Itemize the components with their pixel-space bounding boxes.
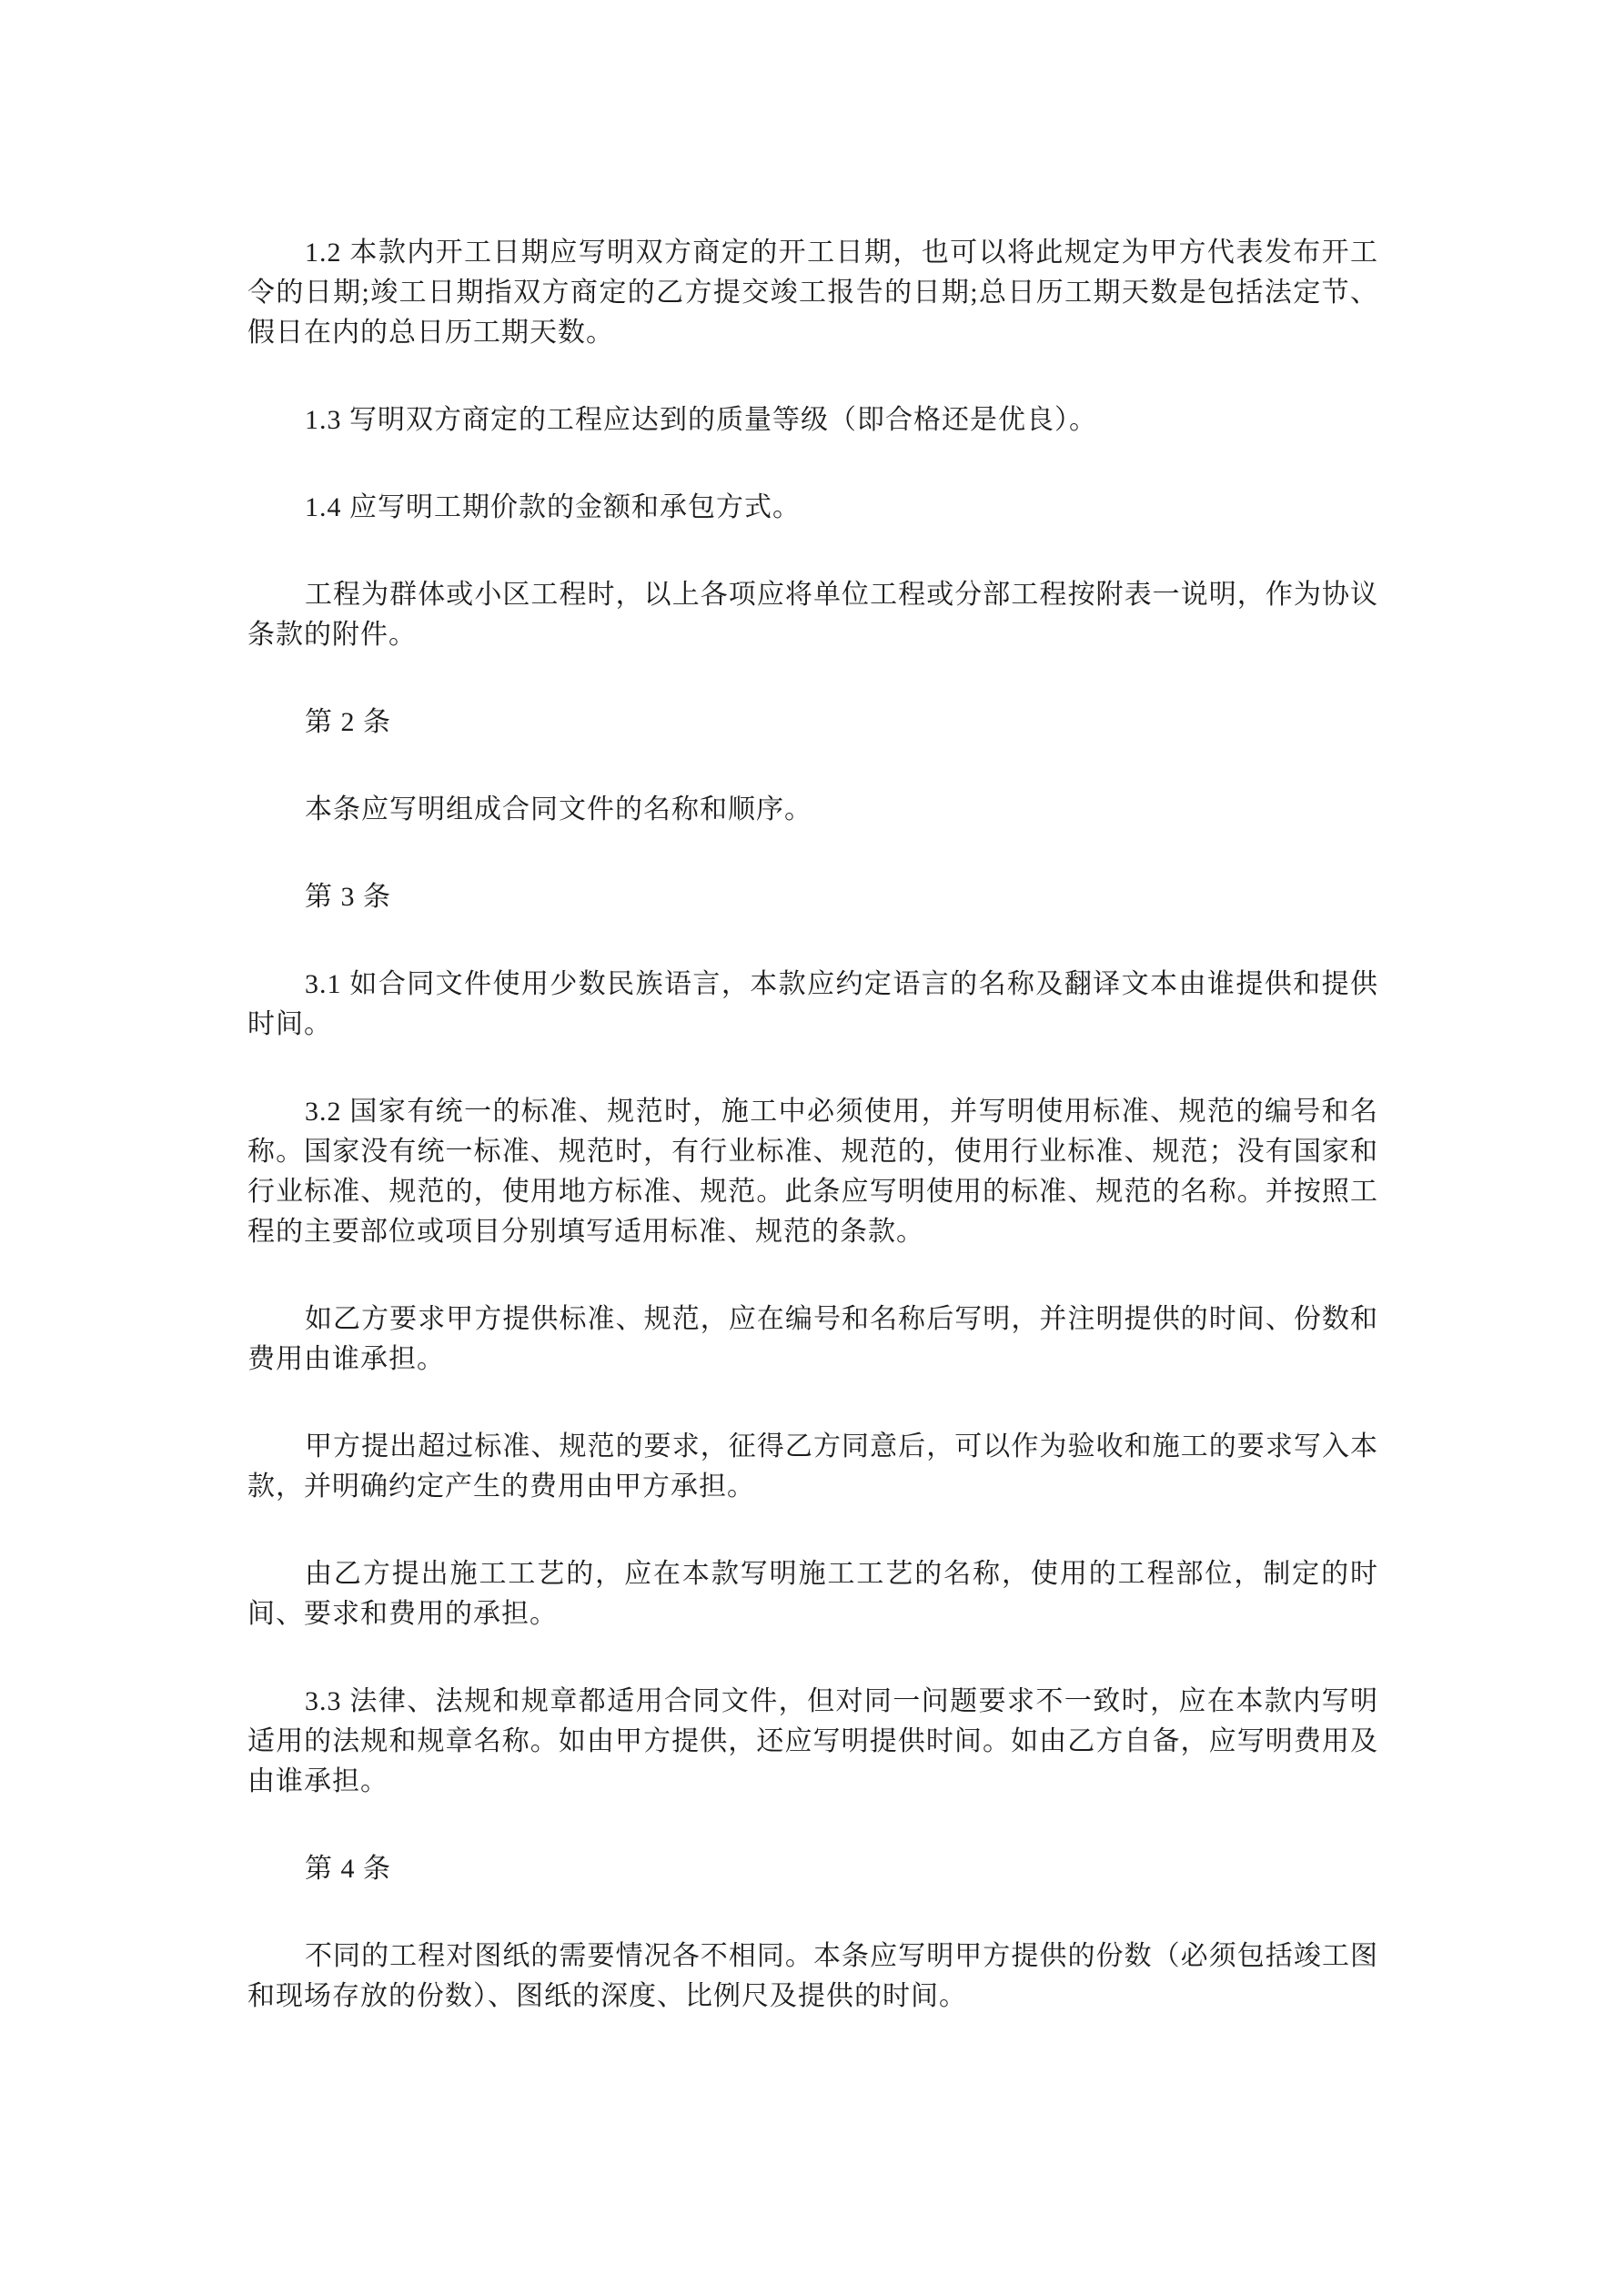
paragraph: 第 2 条 — [247, 703, 1378, 743]
paragraph: 3.1 如合同文件使用少数民族语言，本款应约定语言的名称及翻译文本由谁提供和提供… — [247, 965, 1378, 1045]
paragraph: 1.4 应写明工期价款的金额和承包方式。 — [247, 488, 1378, 528]
paragraph: 如乙方要求甲方提供标准、规范，应在编号和名称后写明，并注明提供的时间、份数和费用… — [247, 1300, 1378, 1380]
paragraph: 3.2 国家有统一的标准、规范时，施工中必须使用，并写明使用标准、规范的编号和名… — [247, 1092, 1378, 1252]
paragraph: 第 4 条 — [247, 1849, 1378, 1889]
paragraph: 3.3 法律、法规和规章都适用合同文件，但对同一问题要求不一致时，应在本款内写明… — [247, 1682, 1378, 1802]
paragraph: 甲方提出超过标准、规范的要求，征得乙方同意后，可以作为验收和施工的要求写入本款，… — [247, 1427, 1378, 1507]
paragraph: 不同的工程对图纸的需要情况各不相同。本条应写明甲方提供的份数（必须包括竣工图和现… — [247, 1937, 1378, 2017]
paragraph: 第 3 条 — [247, 877, 1378, 917]
paragraph: 由乙方提出施工工艺的，应在本款写明施工工艺的名称，使用的工程部位，制定的时间、要… — [247, 1554, 1378, 1634]
document-body: 1.2 本款内开工日期应写明双方商定的开工日期，也可以将此规定为甲方代表发布开工… — [247, 233, 1378, 2064]
document-page: 1.2 本款内开工日期应写明双方商定的开工日期，也可以将此规定为甲方代表发布开工… — [0, 0, 1624, 2296]
paragraph: 1.3 写明双方商定的工程应达到的质量等级（即合格还是优良）。 — [247, 400, 1378, 440]
paragraph: 本条应写明组成合同文件的名称和顺序。 — [247, 790, 1378, 830]
paragraph: 1.2 本款内开工日期应写明双方商定的开工日期，也可以将此规定为甲方代表发布开工… — [247, 233, 1378, 353]
paragraph: 工程为群体或小区工程时，以上各项应将单位工程或分部工程按附表一说明，作为协议条款… — [247, 575, 1378, 655]
